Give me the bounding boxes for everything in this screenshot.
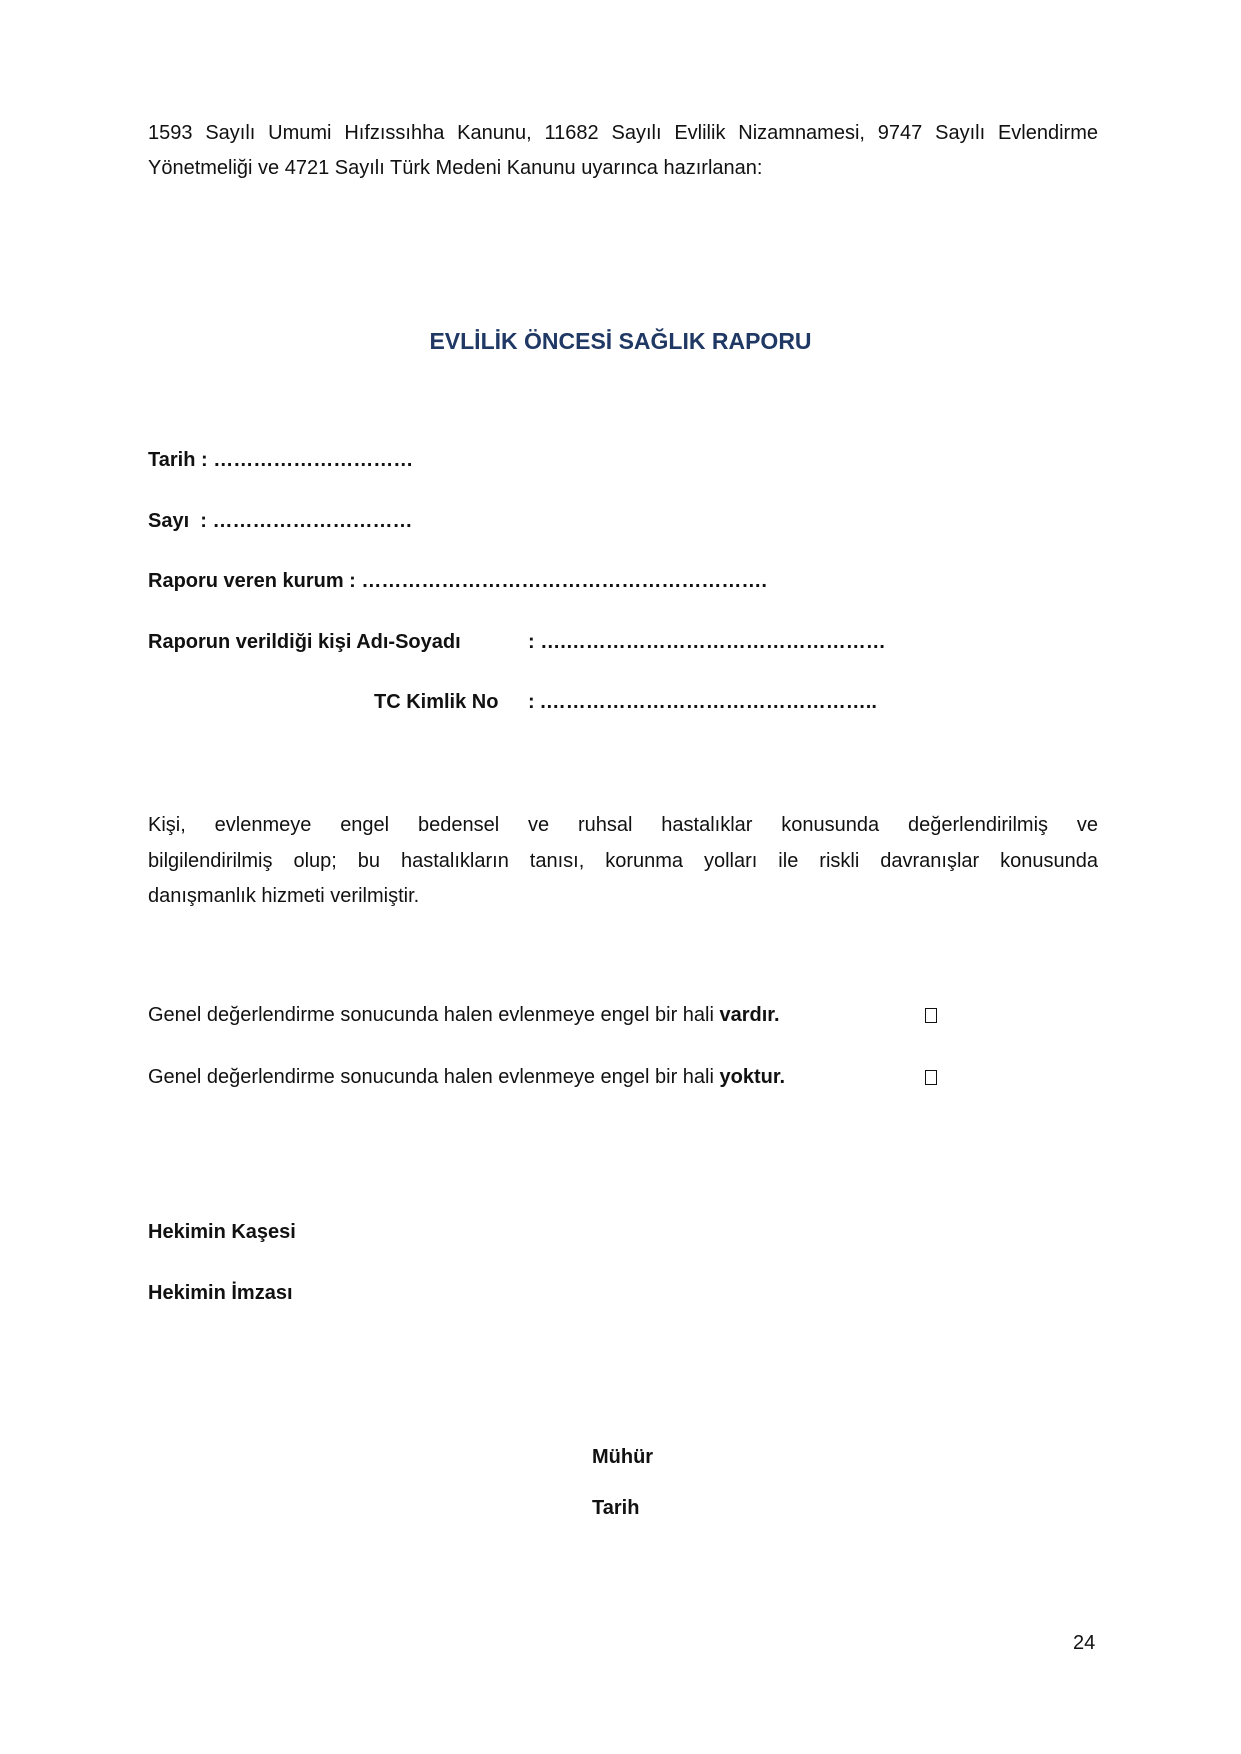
- intro-line-1: 1593 Sayılı Umumi Hıfzıssıhha Kanunu, 11…: [148, 116, 1098, 151]
- person-name-label: Raporun verildiği kişi Adı-Soyadı: [148, 631, 461, 653]
- paragraph-line-3: danışmanlık hizmeti verilmiştir.: [148, 885, 419, 907]
- option-emphasis: vardır.: [719, 1004, 779, 1026]
- number-label: Sayı :: [148, 510, 207, 532]
- date-blank[interactable]: …………………………: [213, 449, 413, 471]
- number-blank[interactable]: …………………………: [212, 510, 412, 532]
- physician-stamp-label: Hekimin Kaşesi: [148, 1221, 296, 1244]
- person-id-field: TC Kimlik No: [374, 691, 498, 714]
- institution-blank[interactable]: …………………………………………………….: [361, 570, 767, 592]
- option-no-obstacle: Genel değerlendirme sonucunda halen evle…: [148, 1066, 785, 1089]
- checkbox-no-obstacle[interactable]: [925, 1070, 937, 1085]
- document-title: EVLİLİK ÖNCESİ SAĞLIK RAPORU: [0, 328, 1241, 355]
- person-id-label: TC Kimlik No: [374, 691, 498, 713]
- paragraph-line-2: bilgilendirilmiş olup; bu hastalıkların …: [148, 844, 1098, 880]
- intro-text: 1593 Sayılı Umumi Hıfzıssıhha Kanunu, 11…: [148, 116, 1098, 186]
- number-field: Sayı : …………………………: [148, 510, 412, 533]
- person-id-separator: :: [528, 691, 535, 713]
- seal-date-label: Tarih: [592, 1497, 639, 1520]
- person-name-entry: : ….…………………………………………: [528, 631, 886, 654]
- paragraph-line-1: Kişi, evlenmeye engel bedensel ve ruhsal…: [148, 808, 1098, 844]
- seal-label: Mühür: [592, 1446, 653, 1469]
- counseling-paragraph: Kişi, evlenmeye engel bedensel ve ruhsal…: [148, 808, 1098, 915]
- physician-signature-label: Hekimin İmzası: [148, 1282, 293, 1305]
- person-name-separator: :: [528, 631, 535, 653]
- person-name-blank[interactable]: ….…………………………………………: [540, 631, 886, 653]
- page-number: 24: [1073, 1632, 1095, 1655]
- option-obstacle-exists: Genel değerlendirme sonucunda halen evle…: [148, 1004, 780, 1027]
- person-id-entry: : .…………………………………………..: [528, 691, 877, 714]
- intro-line-2: Yönetmeliği ve 4721 Sayılı Türk Medeni K…: [148, 157, 762, 179]
- checkbox-obstacle-exists[interactable]: [925, 1008, 937, 1023]
- person-name-field: Raporun verildiği kişi Adı-Soyadı: [148, 631, 461, 654]
- option-text: Genel değerlendirme sonucunda halen evle…: [148, 1004, 719, 1026]
- option-emphasis: yoktur.: [719, 1066, 785, 1088]
- institution-label: Raporu veren kurum :: [148, 570, 356, 592]
- date-label: Tarih :: [148, 449, 208, 471]
- date-field: Tarih : …………………………: [148, 449, 413, 472]
- person-id-blank[interactable]: .…………………………………………..: [540, 691, 877, 713]
- institution-field: Raporu veren kurum : ……………………………………………………: [148, 570, 767, 593]
- option-text: Genel değerlendirme sonucunda halen evle…: [148, 1066, 719, 1088]
